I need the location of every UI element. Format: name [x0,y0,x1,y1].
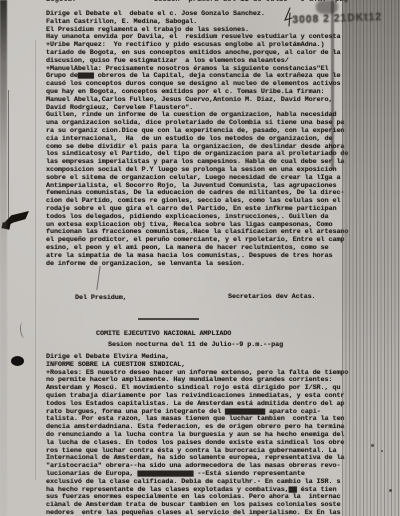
left-edge-shadow [0,0,7,516]
session-subtitle: Sesion nocturna del 11 de Julio--9 p.m.-… [108,341,283,349]
page-header-line: Bogota.-- Sesión primera del 11 de Julio… [46,0,348,4]
session1-text-block: Dirige el Debate el debate el c. Jose Go… [46,11,348,268]
session2-text-block: Dirige el Debate Elvira Medina,INFORME S… [46,354,348,516]
typed-line: nedores entre las pequeñas clases al ser… [46,510,348,516]
right-scan-shade [342,0,400,516]
dust-speck [381,450,383,452]
dust-speck [371,444,374,447]
committee-title: COMITE EJECUTIVO NACIONAL AMPLIADO [96,330,231,338]
section-divider-line [138,318,199,320]
dust-speck [389,489,392,492]
pen-squiggle-mark [19,321,31,338]
pen-slash-mark [96,266,100,290]
scanned-document-page: Bogota.-- Sesión primera del 11 de Julio… [0,0,400,516]
ink-blot-dot [11,356,24,366]
typed-line: de informe de organizacion, se lenvanta … [46,261,348,269]
top-right-smudge [316,0,338,14]
signature-secretaries: Secretarios dev Actas. [228,293,316,301]
scan-scratch-line [8,90,9,220]
right-dark-streak [331,0,334,170]
signature-presidium: Del Presidum, [75,294,127,302]
pen-checkmark-icon [282,7,294,32]
paper-crease-line [35,40,36,480]
